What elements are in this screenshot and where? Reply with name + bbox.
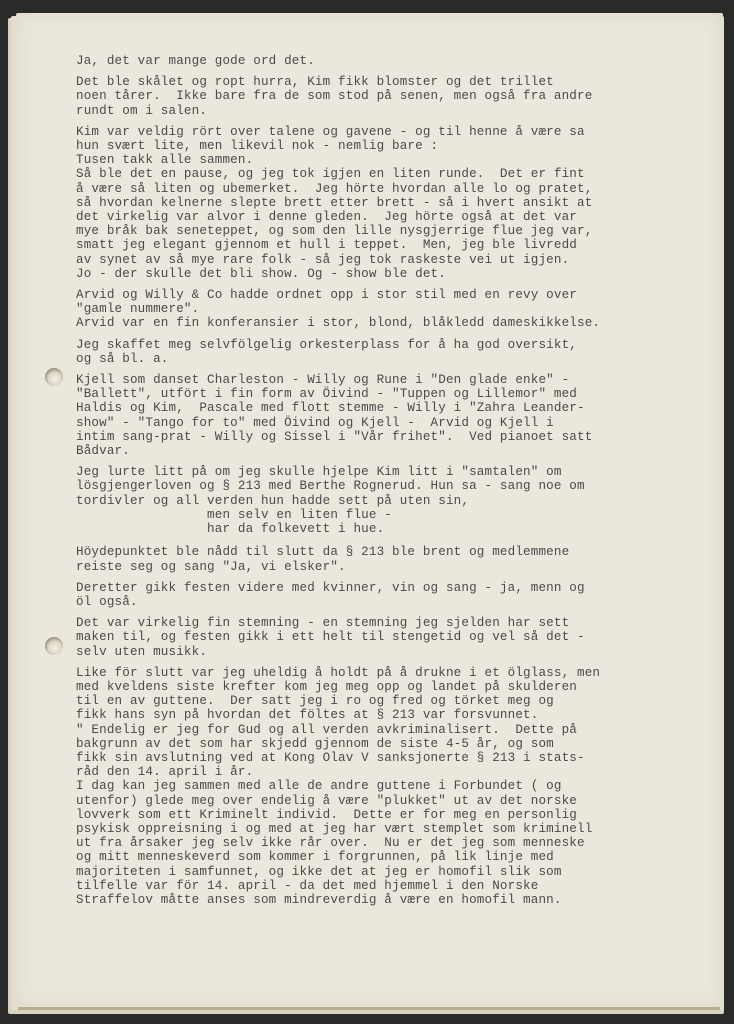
paragraph: Höydepunktet ble nådd til slutt da § 213…	[76, 545, 676, 573]
paragraph: Deretter gikk festen videre med kvinner,…	[76, 581, 676, 609]
paragraph: Like för slutt var jeg uheldig å holdt p…	[76, 666, 676, 907]
paragraph: Arvid og Willy & Co hadde ordnet opp i s…	[76, 288, 676, 331]
punch-hole-icon	[45, 368, 63, 386]
paragraph: Det ble skålet og ropt hurra, Kim fikk b…	[76, 75, 676, 118]
page-bottom-edge	[18, 1007, 720, 1010]
paragraph: Det var virkelig fin stemning - en stemn…	[76, 616, 676, 659]
paragraph: Jeg lurte litt på om jeg skulle hjelpe K…	[76, 465, 676, 508]
paragraph: Kim var veldig rört over talene og gaven…	[76, 125, 676, 281]
paragraph: Ja, det var mange gode ord det.	[76, 54, 676, 68]
verse-quote: men selv en liten flue - har da folkevet…	[76, 508, 676, 536]
punch-hole-icon	[45, 637, 63, 655]
paragraph: Kjell som danset Charleston - Willy og R…	[76, 373, 676, 458]
paragraph: Jeg skaffet meg selvfölgelig orkesterpla…	[76, 338, 676, 366]
document-body: Ja, det var mange gode ord det. Det ble …	[76, 54, 676, 914]
